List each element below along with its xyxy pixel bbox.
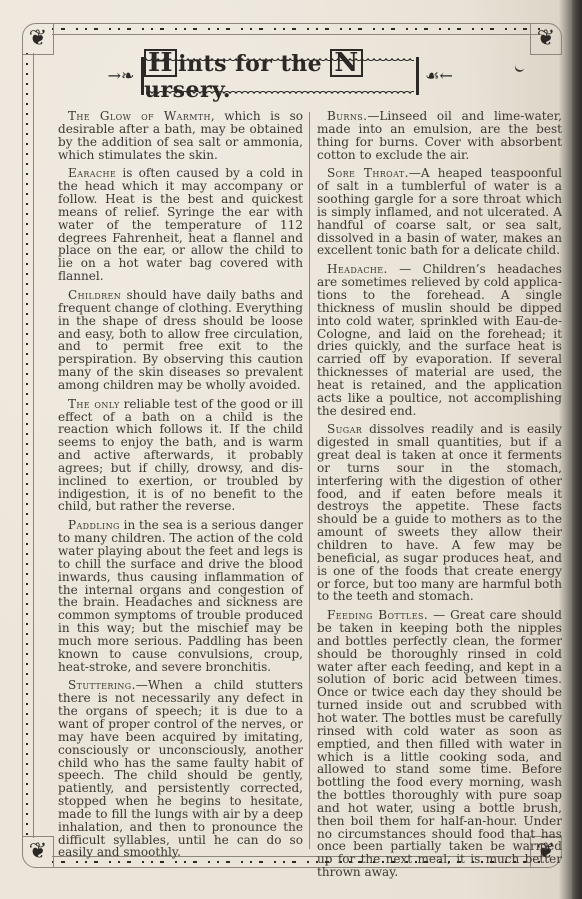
paragraph-text: — Children’s headaches are sometimes rel…	[317, 262, 562, 417]
border-top	[52, 23, 542, 35]
paragraph-text: in the sea is a serious danger to many c…	[58, 518, 303, 673]
corner-ornament-icon: ❦	[22, 23, 54, 55]
paragraph-text: dissolves readily and is easily digested…	[317, 422, 562, 603]
article-body: The Glow of Warmth, which is so desirabl…	[58, 110, 558, 850]
page-title: Hints for the Nursery.	[144, 49, 416, 103]
paragraph-feeding-bottles: Feeding Bottles. — Great care should be …	[317, 609, 562, 879]
paragraph-sugar: Sugar dissolves readily and is easily di…	[317, 423, 562, 603]
chain-ornament-left	[26, 53, 28, 838]
book-spine-shadow	[572, 0, 582, 899]
paragraph-stuttering: Stuttering.—When a child stutters there …	[58, 679, 303, 859]
paragraph-text: —When a child stutters there is not nece…	[58, 678, 303, 859]
title-initial-n: N	[330, 49, 362, 77]
title-part: ursery.	[144, 77, 231, 103]
title-part: ints for the	[178, 51, 330, 77]
paragraph-glow-of-warmth: The Glow of Warmth, which is so desirabl…	[58, 110, 303, 161]
paragraph-the-only: The only reliable test of the good or il…	[58, 398, 303, 514]
column-divider	[309, 112, 310, 849]
paragraph-text: —A heaped teaspoon­ful of salt in a tumb…	[317, 166, 562, 257]
corner-ornament-icon: ❦	[22, 836, 54, 868]
corner-ornament-icon: ❦	[530, 23, 562, 55]
right-column: Burns.—Linseed oil and lime-water, made …	[317, 110, 562, 885]
paragraph-text: — Great care should be taken in keeping …	[317, 608, 562, 879]
flourish-left-icon: →❧	[101, 55, 141, 97]
border-left	[22, 53, 34, 838]
paragraph-text: is often caused by a cold in the head wh…	[58, 166, 303, 283]
title-cartouche: →❧ Hints for the Nursery. ☙←	[100, 55, 460, 97]
paragraph-text: reliable test of the good or ill effect …	[58, 397, 303, 514]
left-column: The Glow of Warmth, which is so desirabl…	[58, 110, 303, 865]
paragraph-sore-throat: Sore Throat.—A heaped teaspoon­ful of sa…	[317, 167, 562, 257]
chain-ornament-top	[52, 28, 542, 30]
title-box: Hints for the Nursery.	[141, 57, 419, 95]
paragraph-text: should have daily baths and frequent cha…	[58, 288, 303, 392]
paragraph-burns: Burns.—Linseed oil and lime-water, made …	[317, 110, 562, 161]
paragraph-children: Children should have daily baths and fre…	[58, 289, 303, 392]
paragraph-paddling: Paddling in the sea is a serious danger …	[58, 519, 303, 673]
paragraph-earache: Earache is often caused by a cold in the…	[58, 167, 303, 283]
paragraph-headache: Headache. — Children’s headaches are som…	[317, 263, 562, 417]
title-initial-h: H	[144, 49, 177, 77]
flourish-right-icon: ☙←	[419, 55, 459, 97]
